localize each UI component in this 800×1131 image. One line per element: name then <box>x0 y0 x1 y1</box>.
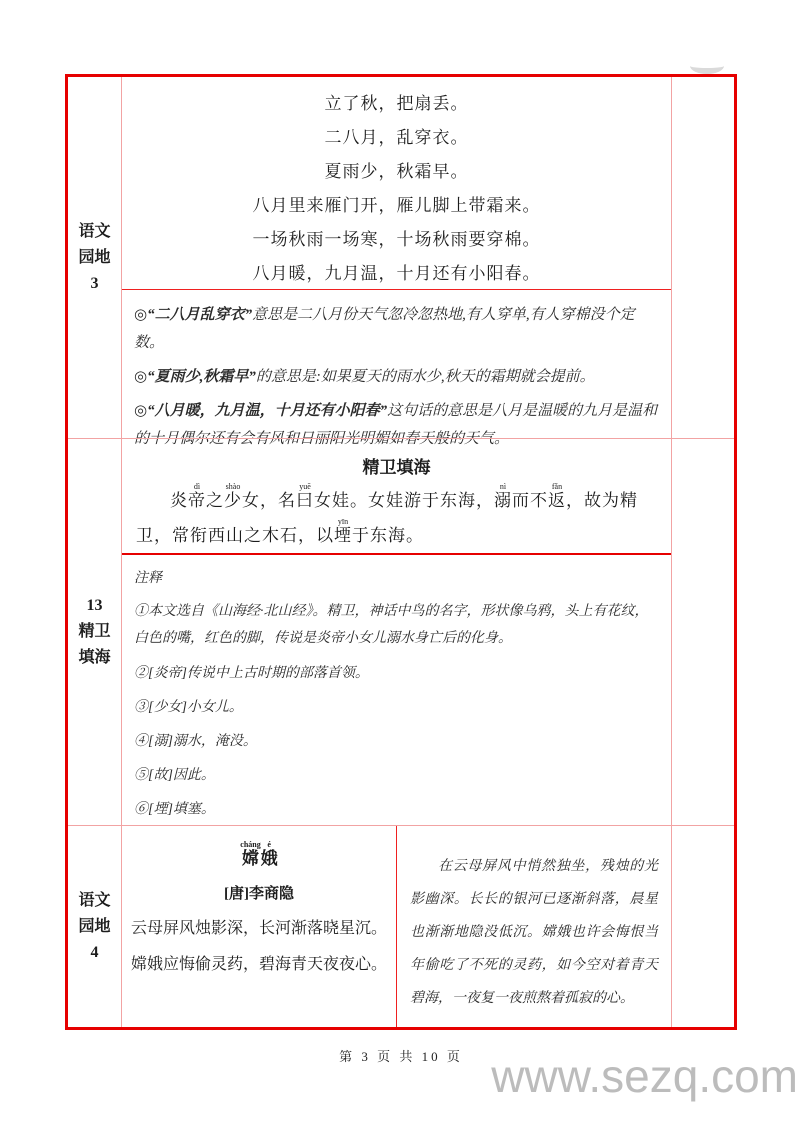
note-quote: ◎“夏雨少,秋霜早” <box>134 369 256 385</box>
proverb-notes-block: ◎“二八月乱穿衣”意思是二八月份天气忽冷忽热地,有人穿单,有人穿棉没个定数。 ◎… <box>122 289 671 459</box>
proverb-line: 夏雨少，秋霜早。 <box>122 155 671 189</box>
right-margin-cell <box>672 826 734 1027</box>
annotation-item: ⑥[堙]填塞。 <box>134 796 659 823</box>
worksheet-page: 语文 园地 3 立了秋，把扇丢。 二八月，乱穿衣。 夏雨少，秋霜早。 八月里来雁… <box>0 0 800 1131</box>
poem-author: [唐]李商隐 <box>122 882 396 903</box>
change-poem-block: 嫦cháng娥é [唐]李商隐 云母屏风烛影深，长河渐落晓星沉。 嫦娥应悔偷灵药… <box>122 826 397 1027</box>
right-margin-cell <box>672 439 734 825</box>
note-item: ◎“夏雨少,秋霜早”的意思是:如果夏天的雨水少,秋天的霜期就会提前。 <box>134 363 659 391</box>
note-quote: ◎“八月暖，九月温，十月还有小阳春” <box>134 403 387 419</box>
row-jingwei-tianhai: 13 精卫 填海 精卫填海 炎帝dì之少shào女，名曰yuē女娃。女娃游于东海… <box>68 438 734 825</box>
annotation-heading: 注释 <box>134 569 659 589</box>
row-label-yuwen-yuandi-4: 语文 园地 4 <box>68 826 122 1027</box>
poem-title-ruby: 嫦cháng娥é <box>122 840 396 870</box>
annotation-item: ①本文选自《山海经·北山经》。精卫，神话中鸟的名字，形状像乌鸦，头上有花纹，白色… <box>134 598 659 652</box>
translation-paragraph: 在云母屏风中悄然独坐，残烛的光影幽深。长长的银河已逐渐斜落，晨星也渐渐地隐没低沉… <box>410 850 658 1015</box>
annotation-item: ⑤[故]因此。 <box>134 762 659 789</box>
autumn-proverbs-block: 立了秋，把扇丢。 二八月，乱穿衣。 夏雨少，秋霜早。 八月里来雁门开，雁儿脚上带… <box>122 77 671 289</box>
annotation-item: ④[溺]溺水，淹没。 <box>134 728 659 755</box>
note-quote: ◎“二八月乱穿衣” <box>134 307 252 323</box>
poem-lines: 云母屏风烛影深，长河渐落晓星沉。 嫦娥应悔偷灵药，碧海青天夜夜心。 <box>122 911 396 983</box>
row3-content: 嫦cháng娥é [唐]李商隐 云母屏风烛影深，长河渐落晓星沉。 嫦娥应悔偷灵药… <box>122 826 672 1027</box>
worksheet-table: 语文 园地 3 立了秋，把扇丢。 二八月，乱穿衣。 夏雨少，秋霜早。 八月里来雁… <box>65 74 737 1030</box>
annotation-block: 注释 ①本文选自《山海经·北山经》。精卫，神话中鸟的名字，形状像乌鸦，头上有花纹… <box>122 553 671 830</box>
poem-line: 云母屏风烛影深，长河渐落晓星沉。 <box>122 911 396 947</box>
row-label-jingwei-tianhai: 13 精卫 填海 <box>68 439 122 825</box>
row-label-yuwen-yuandi-3: 语文 园地 3 <box>68 77 122 438</box>
annotation-item: ②[炎帝]传说中上古时期的部落首领。 <box>134 660 659 687</box>
right-margin-cell <box>672 77 734 438</box>
logo-fragment <box>690 58 724 74</box>
proverb-line: 二八月，乱穿衣。 <box>122 121 671 155</box>
classical-title: 精卫填海 <box>136 453 657 478</box>
proverb-line: 八月暖，九月温，十月还有小阳春。 <box>122 257 671 291</box>
proverb-line: 一场秋雨一场寒，十场秋雨要穿棉。 <box>122 223 671 257</box>
poem-line: 嫦娥应悔偷灵药，碧海青天夜夜心。 <box>122 947 396 983</box>
site-watermark: www.sezq.com <box>491 1052 798 1100</box>
classical-text-block: 精卫填海 炎帝dì之少shào女，名曰yuē女娃。女娃游于东海，溺nì而不返fǎ… <box>122 439 671 553</box>
row-yuwen-yuandi-4: 语文 园地 4 嫦cháng娥é [唐]李商隐 云母屏风烛影深，长河渐落晓星沉。… <box>68 825 734 1027</box>
row1-content: 立了秋，把扇丢。 二八月，乱穿衣。 夏雨少，秋霜早。 八月里来雁门开，雁儿脚上带… <box>122 77 672 438</box>
poem-translation-block: 在云母屏风中悄然独坐，残烛的光影幽深。长长的银河已逐渐斜落，晨星也渐渐地隐没低沉… <box>397 826 671 1027</box>
proverb-line: 八月里来雁门开，雁儿脚上带霜来。 <box>122 189 671 223</box>
annotation-item: ③[少女]小女儿。 <box>134 694 659 721</box>
row-yuwen-yuandi-3: 语文 园地 3 立了秋，把扇丢。 二八月，乱穿衣。 夏雨少，秋霜早。 八月里来雁… <box>68 77 734 438</box>
note-text: 的意思是:如果夏天的雨水少,秋天的霜期就会提前。 <box>256 369 595 385</box>
note-item: ◎“二八月乱穿衣”意思是二八月份天气忽冷忽热地,有人穿单,有人穿棉没个定数。 <box>134 301 659 357</box>
classical-text: 炎帝dì之少shào女，名曰yuē女娃。女娃游于东海，溺nì而不返fǎn，故为精… <box>136 482 657 553</box>
proverb-line: 立了秋，把扇丢。 <box>122 87 671 121</box>
row2-content: 精卫填海 炎帝dì之少shào女，名曰yuē女娃。女娃游于东海，溺nì而不返fǎ… <box>122 439 672 825</box>
